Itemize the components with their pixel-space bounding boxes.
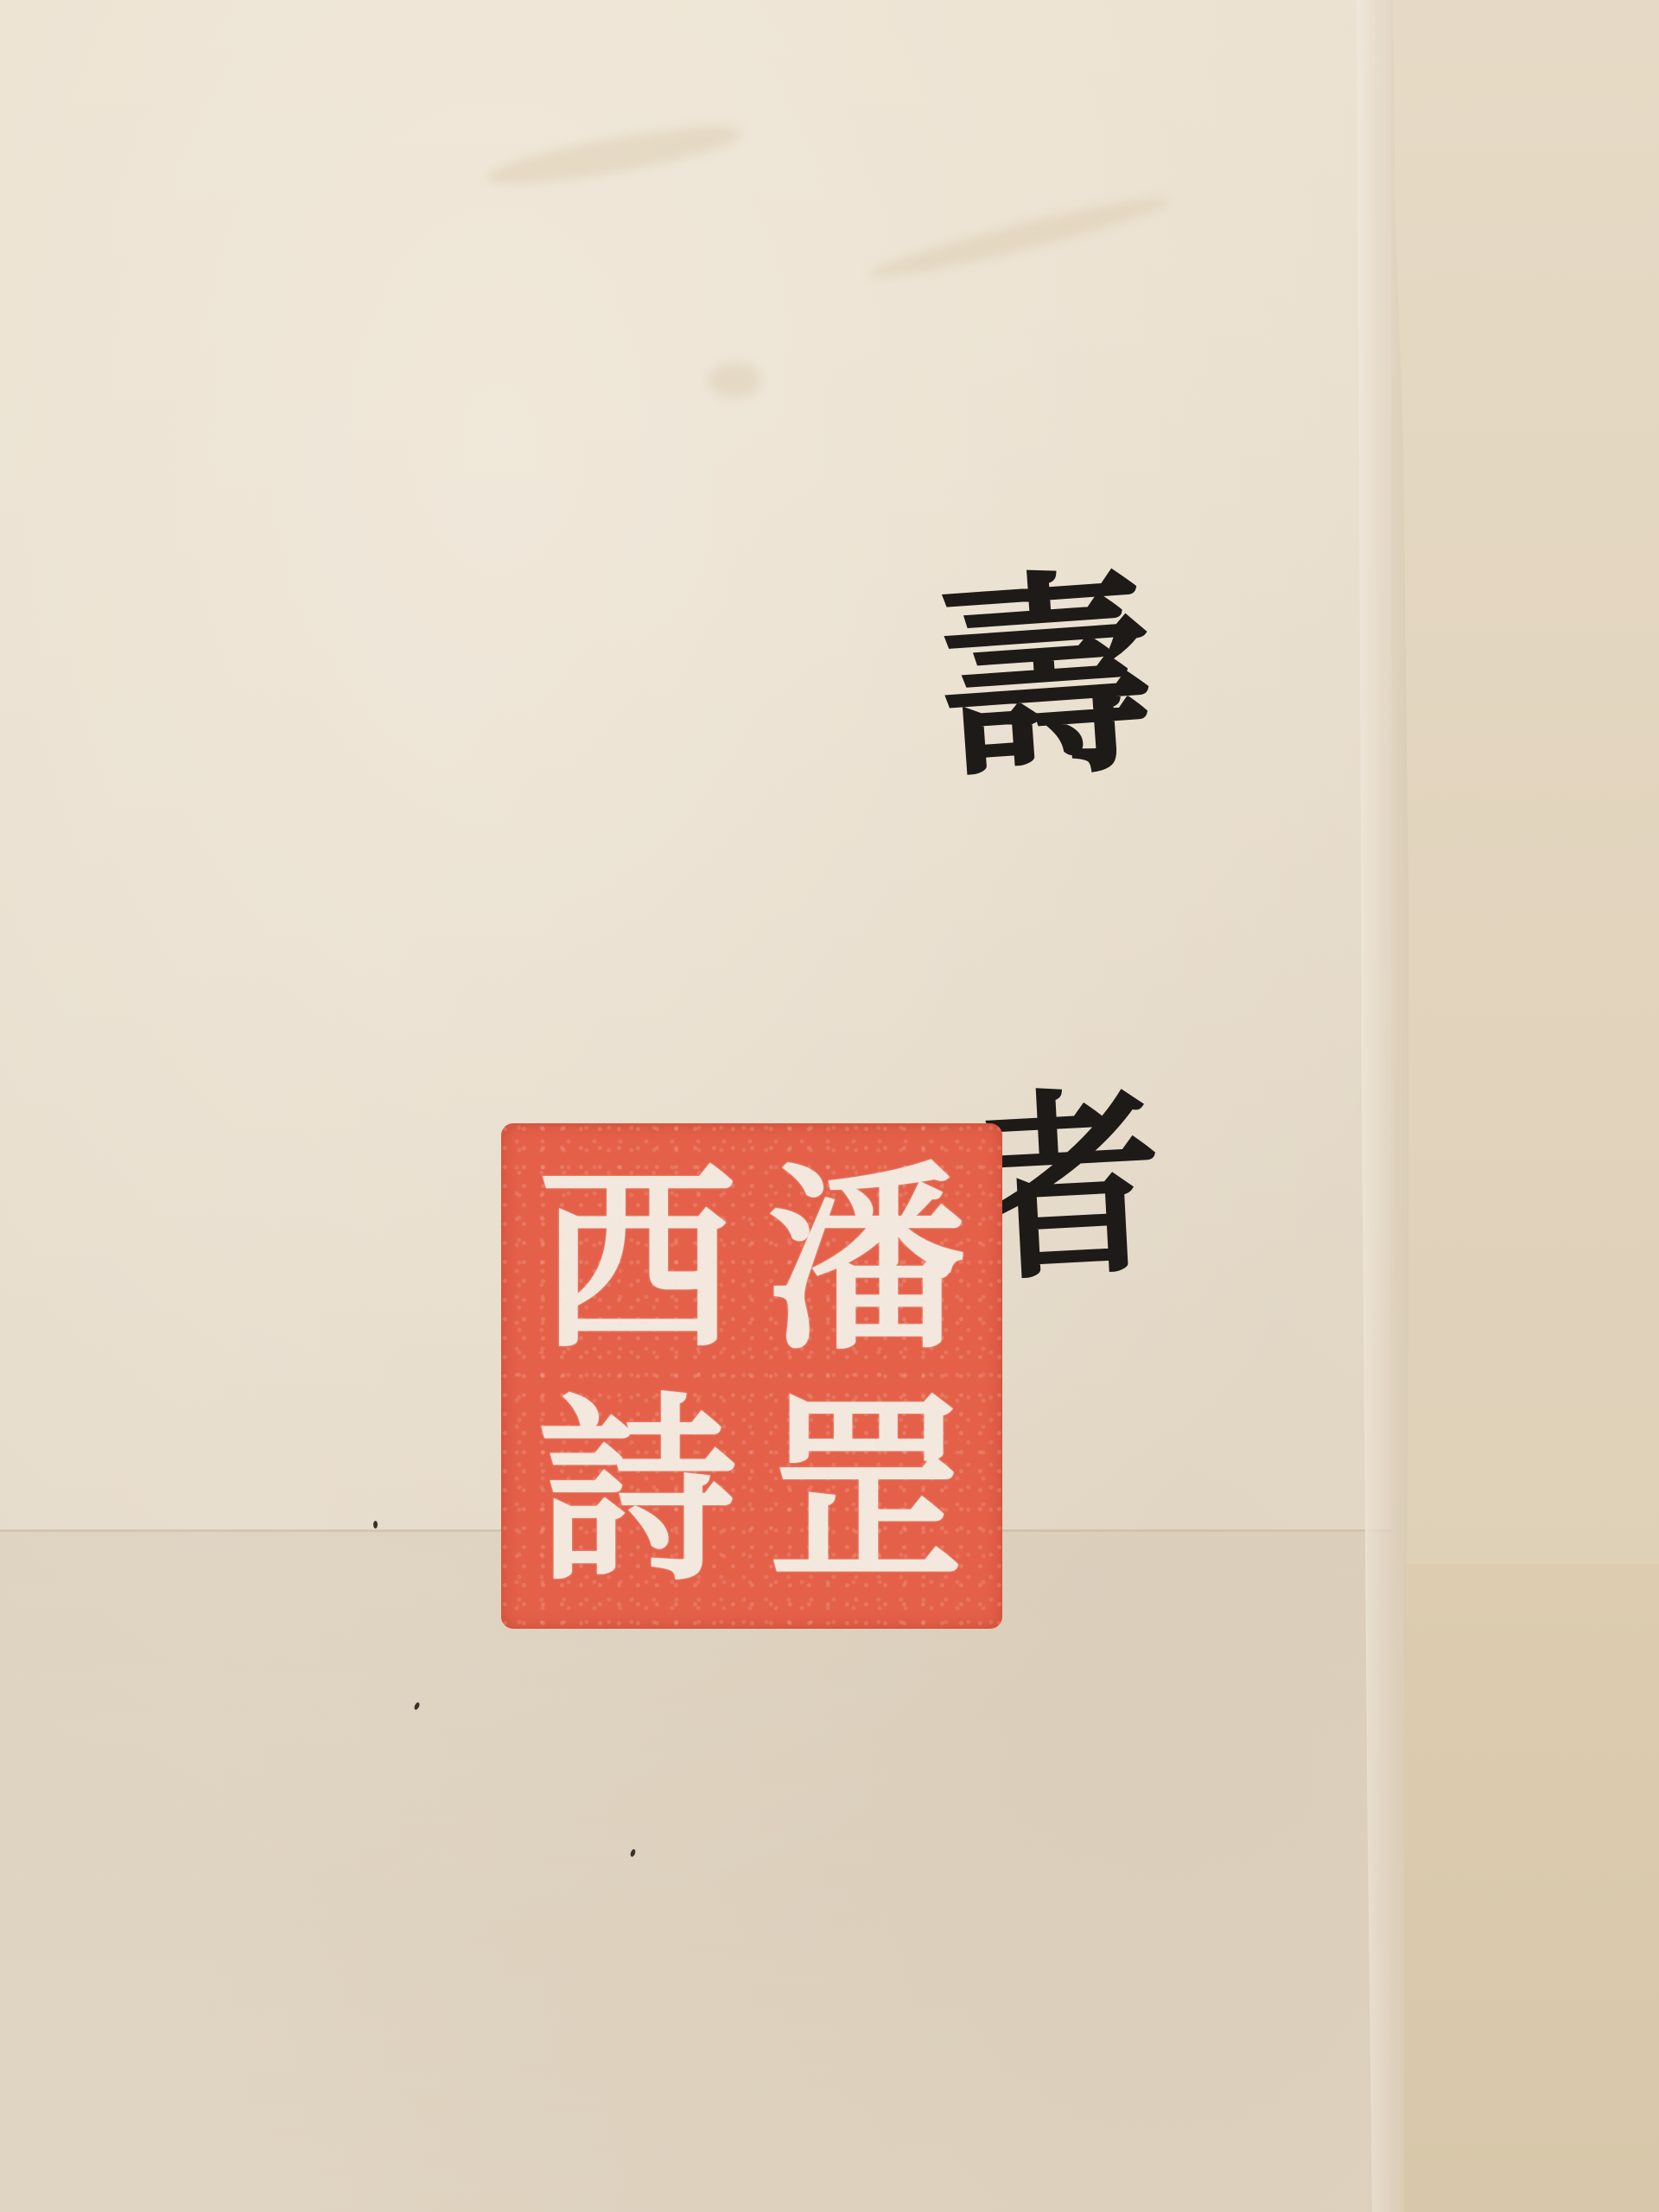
paper-fold-lower	[0, 1529, 1391, 2212]
seal-char-top-left: 西	[525, 1147, 749, 1374]
paper-speck	[373, 1521, 378, 1529]
paper-stain	[709, 363, 760, 397]
mounting-strip-lower	[1404, 1564, 1659, 2212]
red-seal: 西 潘 詩 罡	[501, 1123, 1002, 1629]
inscription-char: 壽	[926, 563, 1166, 794]
seal-char-top-right: 潘	[754, 1147, 978, 1374]
seal-char-bottom-right: 罡	[754, 1379, 978, 1605]
seal-char-bottom-left: 詩	[525, 1379, 749, 1605]
